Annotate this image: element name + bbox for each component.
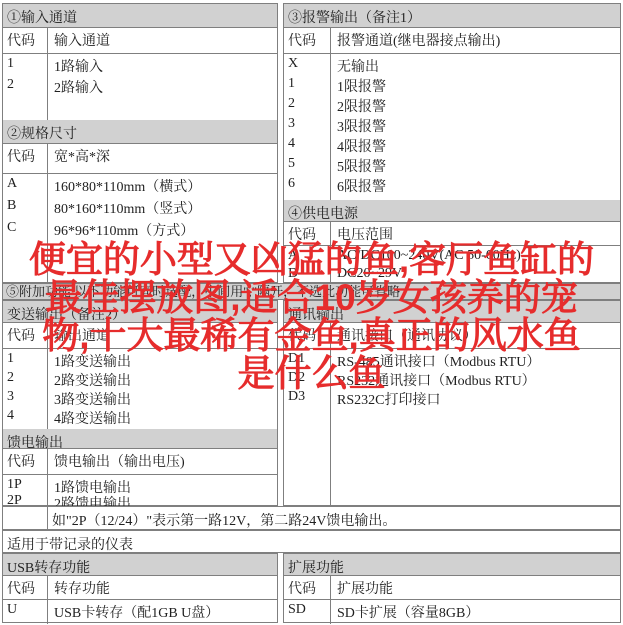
desc-cell: 2路输入 xyxy=(48,75,277,96)
section-title-input-channel: ①输入通道 xyxy=(3,4,277,28)
code-cell: 3 xyxy=(284,114,331,134)
desc-header: 馈电输出（输出电压) xyxy=(48,449,277,474)
desc-cell: 1限报警 xyxy=(331,74,620,94)
code-header: 代码 xyxy=(3,144,48,173)
table-row: C96*96*110mm（方式） xyxy=(3,218,277,240)
code-header: 代码 xyxy=(284,323,331,348)
desc-cell: 160*80*110mm（横式） xyxy=(48,174,277,196)
table-row: 22限报警 xyxy=(284,94,620,114)
code-cell: 1 xyxy=(3,349,48,368)
alarm-and-power-table: ③报警输出（备注1） 代码 报警通道(继电器接点输出) X无输出 11限报警 2… xyxy=(283,3,621,283)
desc-cell: 4路变送输出 xyxy=(48,406,277,425)
power-header-row: 代码 电压范围 xyxy=(284,222,620,246)
table-row: 22路输入 xyxy=(3,75,277,96)
desc-cell: 96*96*110mm（方式） xyxy=(48,218,277,240)
usb-header-row: 代码 转存功能 xyxy=(3,576,277,600)
table-row: B80*160*110mm（竖式） xyxy=(3,196,277,218)
filler-row xyxy=(284,406,620,505)
table-row: D1RS-485通讯接口（Modbus RTU） xyxy=(284,349,620,368)
feed-body: 1P1路馈电输出 2P2路馈电输出 xyxy=(3,475,277,505)
input-channel-header-row: 代码 输入通道 xyxy=(3,28,277,54)
code-cell: 2 xyxy=(284,94,331,114)
desc-cell: 6限报警 xyxy=(331,174,620,194)
table-row: 11路输入 xyxy=(3,54,277,75)
table-row: 33限报警 xyxy=(284,114,620,134)
desc-header: 宽*高*深 xyxy=(48,144,277,173)
table-row: D2RS232通讯接口（Modbus RTU） xyxy=(284,368,620,387)
feed-output-note-row: 如"2P（12/24）"表示第一路12V，第二路24V馈电输出。 xyxy=(2,506,621,530)
table-row: SDSD卡扩展（容量8GB） xyxy=(284,600,620,624)
comm-header-row: 代码 通讯接口（通讯协议） xyxy=(284,323,620,349)
section-title-size: ②规格尺寸 xyxy=(3,120,277,144)
section-title-extension: 扩展功能 xyxy=(284,554,620,576)
code-cell: X xyxy=(284,54,331,74)
additional-functions-banner: ⑤附加功能 以下功能可同时选配，中间用","隔开，不选此功能可省略 xyxy=(2,283,621,300)
code-header: 代码 xyxy=(3,28,48,53)
code-cell: 1 xyxy=(284,74,331,94)
desc-header: 扩展功能 xyxy=(331,576,620,599)
code-header: 代码 xyxy=(3,449,48,474)
desc-cell: DC20~29V xyxy=(331,264,620,282)
input-channel-and-size-table: ①输入通道 代码 输入通道 11路输入 22路输入 ②规格尺寸 代码 宽*高*深… xyxy=(2,3,278,283)
code-cell: B xyxy=(3,196,48,218)
filler-row xyxy=(3,240,277,282)
desc-cell: 2路馈电输出 xyxy=(48,491,277,507)
size-body: A160*80*110mm（横式） B80*160*110mm（竖式） C96*… xyxy=(3,174,277,282)
section-title-usb-transfer: USB转存功能 xyxy=(3,554,277,576)
empty-code-cell xyxy=(3,507,48,529)
code-header: 代码 xyxy=(3,323,48,348)
desc-header: 输入通道 xyxy=(48,28,277,53)
desc-cell: 无输出 xyxy=(331,54,620,74)
extension-body: SDSD卡扩展（容量8GB） xyxy=(284,600,620,622)
feed-header-row: 代码 馈电输出（输出电压) xyxy=(3,449,277,475)
transmit-body: 11路变送输出 22路变送输出 33路变送输出 44路变送输出 xyxy=(3,349,277,429)
code-cell: U xyxy=(3,600,48,624)
code-cell: 2 xyxy=(3,368,48,387)
extension-header-row: 代码 扩展功能 xyxy=(284,576,620,600)
recorder-note-row: 适用于带记录的仪表 xyxy=(2,530,621,553)
code-cell: D3 xyxy=(284,387,331,406)
code-cell: D2 xyxy=(284,368,331,387)
desc-cell: RS232C打印接口 xyxy=(331,387,620,406)
feed-output-note: 如"2P（12/24）"表示第一路12V，第二路24V馈电输出。 xyxy=(48,507,620,529)
table-row: D3RS232C打印接口 xyxy=(284,387,620,406)
code-cell: 4 xyxy=(284,134,331,154)
code-header: 代码 xyxy=(284,28,331,53)
desc-cell: 3限报警 xyxy=(331,114,620,134)
code-cell: 2 xyxy=(3,75,48,96)
desc-cell: 1路变送输出 xyxy=(48,349,277,368)
size-header-row: 代码 宽*高*深 xyxy=(3,144,277,174)
table-row: 55限报警 xyxy=(284,154,620,174)
table-row: 66限报警 xyxy=(284,174,620,194)
usb-body: UUSB卡转存（配1GB U盘） xyxy=(3,600,277,622)
section-title-transmit-output: 变送输出（备注2） xyxy=(3,301,277,323)
desc-header: 转存功能 xyxy=(48,576,277,599)
table-row: 11限报警 xyxy=(284,74,620,94)
comm-body: D1RS-485通讯接口（Modbus RTU） D2RS232通讯接口（Mod… xyxy=(284,349,620,505)
desc-cell: USB卡转存（配1GB U盘） xyxy=(48,600,277,624)
alarm-body: X无输出 11限报警 22限报警 33限报警 44限报警 55限报警 66限报警 xyxy=(284,54,620,200)
desc-cell: 2限报警 xyxy=(331,94,620,114)
desc-cell: 3路变送输出 xyxy=(48,387,277,406)
code-header: 代码 xyxy=(284,576,331,599)
power-body: AAC/DC100~240V(AC 50-60Hz) DDC20~29V xyxy=(284,246,620,282)
table-row: 11路变送输出 xyxy=(3,349,277,368)
filler-row xyxy=(3,96,277,120)
section-title-comm-output: 通讯输出 xyxy=(284,301,620,323)
desc-cell: 1路输入 xyxy=(48,54,277,75)
desc-header: 通讯接口（通讯协议） xyxy=(331,323,620,348)
desc-header: 电压范围 xyxy=(331,222,620,245)
table-row: 1P1路馈电输出 xyxy=(3,475,277,491)
extension-table: 扩展功能 代码 扩展功能 SDSD卡扩展（容量8GB） xyxy=(283,553,621,623)
code-cell: A xyxy=(3,174,48,196)
code-cell: SD xyxy=(284,600,331,624)
desc-cell: RS232通讯接口（Modbus RTU） xyxy=(331,368,620,387)
usb-transfer-table: USB转存功能 代码 转存功能 UUSB卡转存（配1GB U盘） xyxy=(2,553,278,623)
code-cell: 1P xyxy=(3,475,48,491)
desc-header: 输出通道 xyxy=(48,323,277,348)
spec-sheet: ①输入通道 代码 输入通道 11路输入 22路输入 ②规格尺寸 代码 宽*高*深… xyxy=(0,0,623,625)
table-row: 22路变送输出 xyxy=(3,368,277,387)
transmit-and-feed-table: 变送输出（备注2） 代码 输出通道 11路变送输出 22路变送输出 33路变送输… xyxy=(2,300,278,506)
code-cell: 4 xyxy=(3,406,48,425)
code-cell: 3 xyxy=(3,387,48,406)
code-cell: 5 xyxy=(284,154,331,174)
code-cell: A xyxy=(284,246,331,264)
table-row: 33路变送输出 xyxy=(3,387,277,406)
code-cell: C xyxy=(3,218,48,240)
input-channel-body: 11路输入 22路输入 xyxy=(3,54,277,120)
code-header: 代码 xyxy=(3,576,48,599)
table-row: UUSB卡转存（配1GB U盘） xyxy=(3,600,277,624)
desc-header: 报警通道(继电器接点输出) xyxy=(331,28,620,53)
table-row: AAC/DC100~240V(AC 50-60Hz) xyxy=(284,246,620,264)
desc-cell: 5限报警 xyxy=(331,154,620,174)
section-title-feed-output: 馈电输出 xyxy=(3,429,277,449)
table-row: X无输出 xyxy=(284,54,620,74)
desc-cell: 2路变送输出 xyxy=(48,368,277,387)
code-cell: D xyxy=(284,264,331,282)
table-row: 44限报警 xyxy=(284,134,620,154)
code-cell: 6 xyxy=(284,174,331,194)
desc-cell: 4限报警 xyxy=(331,134,620,154)
table-row: 44路变送输出 xyxy=(3,406,277,425)
code-header: 代码 xyxy=(284,222,331,245)
table-row: A160*80*110mm（横式） xyxy=(3,174,277,196)
code-cell: 2P xyxy=(3,491,48,507)
desc-cell: 80*160*110mm（竖式） xyxy=(48,196,277,218)
table-row: DDC20~29V xyxy=(284,264,620,282)
code-cell: D1 xyxy=(284,349,331,368)
section-title-alarm-output: ③报警输出（备注1） xyxy=(284,4,620,28)
code-cell: 1 xyxy=(3,54,48,75)
desc-cell: SD卡扩展（容量8GB） xyxy=(331,600,620,624)
alarm-header-row: 代码 报警通道(继电器接点输出) xyxy=(284,28,620,54)
section-title-power-supply: ④供电电源 xyxy=(284,200,620,222)
desc-cell: AC/DC100~240V(AC 50-60Hz) xyxy=(331,246,620,264)
table-row: 2P2路馈电输出 xyxy=(3,491,277,507)
desc-cell: 1路馈电输出 xyxy=(48,475,277,491)
transmit-header-row: 代码 输出通道 xyxy=(3,323,277,349)
desc-cell: RS-485通讯接口（Modbus RTU） xyxy=(331,349,620,368)
comm-output-table: 通讯输出 代码 通讯接口（通讯协议） D1RS-485通讯接口（Modbus R… xyxy=(283,300,621,506)
